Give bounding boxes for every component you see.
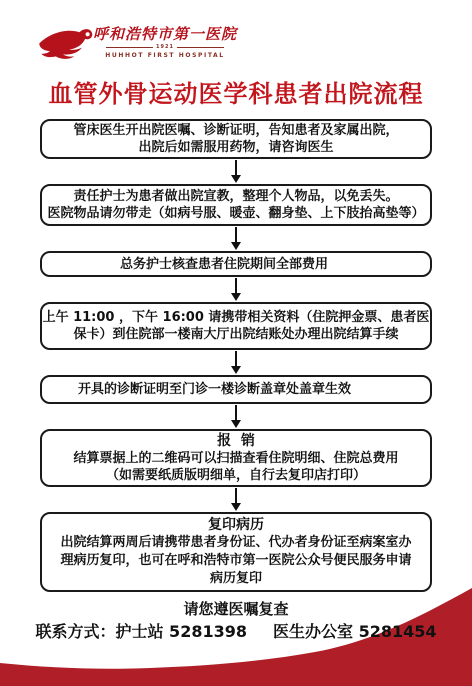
arrow-down-icon xyxy=(231,277,241,302)
arrow-down-icon xyxy=(231,350,241,375)
step-text-line: 理病历复印，也可在呼和浩特市第一医院公众号便民服务申请 xyxy=(42,552,430,570)
founding-year: 1921 xyxy=(156,44,174,50)
flow-step-nurse-education: 责任护士为患者做出院宣教，整理个人物品，以免丢失。 医院物品请勿带走（如病号服、… xyxy=(40,184,432,226)
footer-contact-line: 联系方式： 护士站 5281398 医生办公室 5281454 xyxy=(0,619,472,642)
page-title: 血管外骨运动医学科患者出院流程 xyxy=(0,80,472,108)
flow-step-fee-check: 总务护士核查患者住院期间全部费用 xyxy=(40,251,432,277)
hospital-logo-header: 呼和浩特市第一医院 1921 HUHHOT FIRST HOSPITAL xyxy=(34,24,224,60)
step-text-line: 医院物品请勿带走（如病号服、暖壶、翻身垫、上下肢抬高垫等） xyxy=(42,205,430,222)
hospital-name-en: HUHHOT FIRST HOSPITAL xyxy=(105,52,224,59)
step-text-line: 责任护士为患者做出院宣教，整理个人物品，以免丢失。 xyxy=(42,188,430,205)
contact-doctor-office: 医生办公室 5281454 xyxy=(273,619,437,642)
hospital-logo-bird-icon xyxy=(34,24,96,60)
step-text-line: 管床医生开出院医嘱、诊断证明，告知患者及家属出院， xyxy=(42,122,430,139)
hospital-name-block: 呼和浩特市第一医院 1921 HUHHOT FIRST HOSPITAL xyxy=(106,25,224,59)
flow-step-diagnosis-stamp: 开具的诊断证明至门诊一楼诊断盖章处盖章生效 xyxy=(40,375,432,404)
arrow-down-icon xyxy=(231,159,241,184)
step-title-copy-records: 复印病历 xyxy=(208,516,264,534)
step-text-line: 保卡）到住院部一楼南大厅出院结账处办理出院结算手续 xyxy=(42,326,430,343)
founding-year-row: 1921 xyxy=(106,44,224,50)
flow-step-copy-medical-records: 复印病历 出院结算两周后请携带患者身份证、代办者身份证至病案室办 理病历复印，也… xyxy=(40,512,432,592)
contact-nurse-station: 护士站 5281398 xyxy=(115,619,247,642)
step-text-line: 开具的诊断证明至门诊一楼诊断盖章处盖章生效 xyxy=(78,381,430,398)
step-text-line: 出院结算两周后请携带患者身份证、代办者身份证至病案室办 xyxy=(42,534,430,552)
flow-step-doctor-orders: 管床医生开出院医嘱、诊断证明，告知患者及家属出院， 出院后如需服用药物，请咨询医… xyxy=(40,119,432,159)
flow-step-settlement: 上午 11:00 ，下午 16:00 请携带相关资料（住院押金票、患者医 保卡）… xyxy=(40,302,432,350)
step-text-line: 总务护士核查患者住院期间全部费用 xyxy=(120,256,430,273)
contact-label: 联系方式： xyxy=(35,619,115,642)
discharge-flowchart: 管床医生开出院医嘱、诊断证明，告知患者及家属出院， 出院后如需服用药物，请咨询医… xyxy=(40,119,432,592)
flow-step-reimbursement: 报 销 结算票据上的二维码可以扫描查看住院明细、住院总费用 （如需要纸质版明细单… xyxy=(40,429,432,487)
hospital-name-zh: 呼和浩特市第一医院 xyxy=(93,25,237,43)
arrow-down-icon xyxy=(231,404,241,429)
footer-review-note: 请您遵医嘱复查 xyxy=(0,598,472,619)
rule-left xyxy=(106,47,153,48)
step-title-reimbursement: 报 销 xyxy=(217,432,255,450)
step-text-line: 结算票据上的二维码可以扫描查看住院明细、住院总费用 xyxy=(42,450,430,467)
arrow-down-icon xyxy=(231,226,241,251)
step-text-line: 上午 11:00 ，下午 16:00 请携带相关资料（住院押金票、患者医 xyxy=(42,309,430,326)
step-text-line: 出院后如需服用药物，请咨询医生 xyxy=(42,139,430,156)
arrow-down-icon xyxy=(231,487,241,512)
step-text-line: （如需要纸质版明细单，自行去复印店打印） xyxy=(42,467,430,484)
rule-right xyxy=(177,47,224,48)
contact-spacer xyxy=(247,619,273,642)
